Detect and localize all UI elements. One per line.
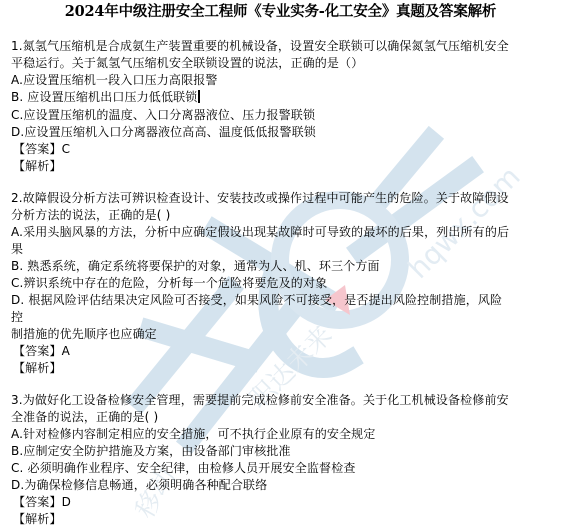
option-d: D.应设置压缩机入口分离器液位高高、温度低低报警联锁 (11, 124, 316, 140)
analysis-label: 【解析】 (13, 158, 62, 174)
document-page: 2024年中级注册安全工程师《专业实务-化工安全》真题及答案解析 1.氮氢气压缩… (0, 0, 561, 526)
option-a-wrap: 果 (11, 241, 23, 257)
option-d-wrap: 控 (11, 309, 23, 325)
option-d: D. 根据风险评估结果决定风险可否接受，如果风险不可接受，是否提出风险控制措施，… (11, 292, 502, 308)
text-cursor (198, 90, 200, 103)
page-title: 2024年中级注册安全工程师《专业实务-化工安全》真题及答案解析 (0, 3, 561, 21)
option-d-wrap: 制措施的优先顺序也应确定 (11, 326, 157, 342)
option-b: B. 熟悉系统，确定系统将要保护的对象，通常为人、机、环三个方面 (11, 258, 380, 274)
analysis-label: 【解析】 (13, 511, 62, 526)
answer-label: 【答案】D (13, 494, 71, 510)
option-b: B. 应设置压缩机出口压力低低联锁 (11, 89, 200, 105)
option-d: D.为确保检修信息畅通，必须明确各种配合联络 (11, 477, 267, 493)
question-stem-line: 平稳运行。关于氮氢气压缩机安全联锁设置的说法，正确的是（） (11, 55, 363, 71)
analysis-label: 【解析】 (13, 360, 62, 376)
question-stem-line: 分析方法的说法，正确的是( ) (11, 207, 170, 223)
question-stem-line: 3.为做好化工设备检修安全管理，需要提前完成检修前安全准备。关于化工机械设备检修… (11, 392, 509, 408)
option-b: B.应制定安全防护措施及方案，由设备部门审核批准 (11, 443, 291, 459)
option-a: A.采用头脑风暴的方法，分析中应确定假设出现某故障时可导致的最坏的后果，列出所有… (11, 224, 509, 240)
option-c: C. 必须明确作业程序、安全纪律，由检修人员开展安全监督检查 (11, 460, 356, 476)
option-b-text: B. 应设置压缩机出口压力低低联锁 (11, 90, 197, 104)
option-c: C.辨识系统中存在的危险，分析每一个危险将要危及的对象 (11, 275, 327, 291)
question-stem-line: 全准备的说法，正确的是( ) (11, 409, 158, 425)
option-a: A.针对检修内容制定相应的安全措施，可不执行企业原有的安全规定 (11, 426, 375, 442)
option-a: A.应设置压缩机一段入口压力高限报警 (11, 72, 218, 88)
option-c: C.应设置压缩机的温度、入口分离器液位、压力报警联锁 (11, 107, 315, 123)
question-stem-line: 2.故障假设分析方法可辨识检查设计、安装技改或操作过程中可能产生的危险。关于故障… (11, 190, 509, 206)
answer-label: 【答案】C (13, 141, 70, 157)
question-stem-line: 1.氮氢气压缩机是合成氨生产装置重要的机械设备，设置安全联锁可以确保氮氢气压缩机… (11, 38, 509, 54)
answer-label: 【答案】A (13, 343, 70, 359)
